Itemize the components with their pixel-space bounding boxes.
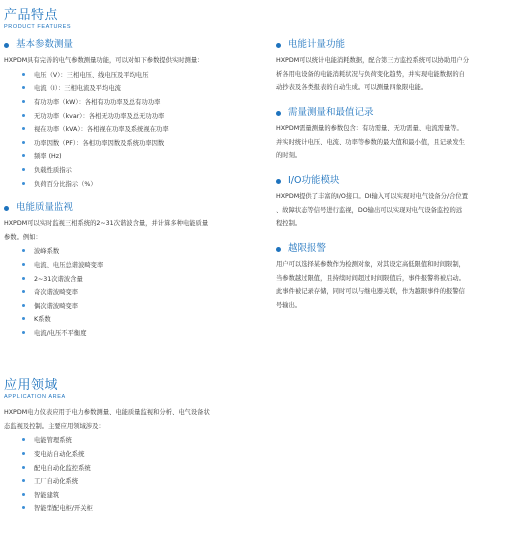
application-area-section: HXPDM电力仪表应用于电力参数测量、电能质量监视和分析、电气设备状 态监视及控… — [0, 406, 258, 515]
bullet-dot-icon — [276, 179, 281, 184]
demand-heading: 需量测量和最值记录 — [272, 106, 508, 120]
io-module-line: HXPDM提供了丰富的I/O接口。DI输入可以实现对电气设备分/合位置 — [272, 190, 508, 204]
demand-line: 的时刻。 — [272, 149, 508, 163]
bullet-icon — [22, 317, 25, 320]
demand-section: 需量测量和最值记录 HXPDM需量测量的参数包含：有功需量、无功需量、电流需量等… — [272, 106, 508, 163]
io-module-title: I/O功能模块 — [288, 174, 339, 188]
alarm-heading: 越限报警 — [272, 242, 508, 256]
energy-metering-title: 电能计量功能 — [288, 38, 345, 52]
bullet-icon — [22, 438, 25, 441]
list-item: 负荷百分比指示（%） — [0, 176, 258, 190]
bullet-icon — [22, 86, 25, 89]
demand-line: HXPDM需量测量的参数包含：有功需量、无功需量、电流需量等。 — [272, 122, 508, 136]
power-quality-list: 波峰系数 电流、电压总谐波畸变率 2~31次谐波含量 奇次谐波畸变率 偶次谐波畸… — [0, 244, 258, 339]
list-item: K系数 — [0, 312, 258, 326]
bullet-icon — [22, 290, 25, 293]
application-area-header: 应用领域 Application Area — [4, 378, 66, 401]
power-quality-section: 电能质量监视 HXPDM可以实时监视三相系统的2~31次谐波含量，并计算多种电能… — [0, 201, 258, 339]
bullet-dot-icon — [276, 43, 281, 48]
alarm-line: 用户可以选择某参数作为检测对象，对其设定高低限值和时间限制， — [272, 258, 508, 272]
list-item: 电流（I）：三相电流及平均电流 — [0, 81, 258, 95]
energy-metering-line: 动抄表及各类报表的自动生成。可以测量四象限电能。 — [272, 81, 508, 95]
bullet-dot-icon — [276, 111, 281, 116]
io-module-heading: I/O功能模块 — [272, 174, 508, 188]
product-features-header: 产品特点 Product Features — [4, 8, 71, 31]
application-area-title: 应用领域 — [4, 378, 66, 393]
bullet-icon — [22, 114, 25, 117]
bullet-icon — [22, 466, 25, 469]
demand-line: 并实时统计电压、电流、功率等参数的最大值和最小值，且记录发生 — [272, 136, 508, 150]
energy-metering-heading: 电能计量功能 — [272, 38, 508, 52]
list-item: 智能型配电柜/开关柜 — [0, 501, 258, 515]
list-item: 电流/电压不平衡度 — [0, 326, 258, 340]
list-item: 偶次谐波畸变率 — [0, 299, 258, 313]
bullet-icon — [22, 304, 25, 307]
application-list: 电能管理系统 变电站自动化系统 配电自动化监控系统 工厂自动化系统 智能建筑 智… — [0, 433, 258, 515]
list-item: 工厂自动化系统 — [0, 474, 258, 488]
list-item: 电压（V）：三相电压、线电压及平均电压 — [0, 68, 258, 82]
basic-measurement-section: 基本参数测量 HXPDM具有完善的电气参数测量功能，可以对如下参数提供实时测量：… — [0, 38, 258, 190]
energy-metering-line: HXPDM可以统计电能消耗数据，配合第三方监控系统可以协助用户分 — [272, 54, 508, 68]
list-item: 波峰系数 — [0, 244, 258, 258]
list-item: 无功功率（kvar）：各相无功功率及总无功功率 — [0, 108, 258, 122]
bullet-icon — [22, 479, 25, 482]
bullet-icon — [22, 141, 25, 144]
list-item: 有功功率（kW）：各相有功功率及总有功功率 — [0, 95, 258, 109]
bullet-icon — [22, 277, 25, 280]
bullet-dot-icon — [4, 43, 9, 48]
basic-measurement-heading: 基本参数测量 — [0, 38, 258, 52]
list-item: 奇次谐波畸变率 — [0, 285, 258, 299]
application-intro-line2: 态监视及控制。主要应用领域涉及： — [0, 420, 258, 434]
alarm-section: 越限报警 用户可以选择某参数作为检测对象，对其设定高低限值和时间限制， 当参数越… — [272, 242, 508, 312]
io-module-line: 程控制。 — [272, 217, 508, 231]
alarm-line: 当参数越过限值，且持续时间超过时间限值后，事件报警将被启动。 — [272, 272, 508, 286]
power-quality-intro-line1: HXPDM可以实时监视三相系统的2~31次谐波含量，并计算多种电能质量 — [0, 217, 258, 231]
list-item: 2~31次谐波含量 — [0, 271, 258, 285]
application-area-subtitle: Application Area — [4, 393, 66, 401]
list-item: 视在功率（kVA）：各相视在功率及系统视在功率 — [0, 122, 258, 136]
io-module-section: I/O功能模块 HXPDM提供了丰富的I/O接口。DI输入可以实现对电气设备分/… — [272, 174, 508, 231]
bullet-icon — [22, 182, 25, 185]
list-item: 功率因数（PF）：各相功率因数及系统功率因数 — [0, 136, 258, 150]
bullet-icon — [22, 493, 25, 496]
bullet-icon — [22, 249, 25, 252]
product-features-title: 产品特点 — [4, 8, 71, 23]
bullet-dot-icon — [4, 206, 9, 211]
bullet-icon — [22, 73, 25, 76]
basic-measurement-intro: HXPDM具有完善的电气参数测量功能，可以对如下参数提供实时测量： — [0, 54, 258, 68]
list-item: 频率 (Hz) — [0, 149, 258, 163]
bullet-icon — [22, 100, 25, 103]
bullet-icon — [22, 452, 25, 455]
bullet-icon — [22, 127, 25, 130]
io-module-line: 、故障状态等信号进行监视，DO输出可以实现对电气设备监控的远 — [272, 204, 508, 218]
power-quality-heading: 电能质量监视 — [0, 201, 258, 215]
application-intro-line1: HXPDM电力仪表应用于电力参数测量、电能质量监视和分析、电气设备状 — [0, 406, 258, 420]
energy-metering-section: 电能计量功能 HXPDM可以统计电能消耗数据，配合第三方监控系统可以协助用户分 … — [272, 38, 508, 95]
alarm-line: 号输出。 — [272, 299, 508, 313]
alarm-line: 此事件被记录存储，同时可以与继电器关联，作为越限事件的报警信 — [272, 285, 508, 299]
bullet-icon — [22, 168, 25, 171]
demand-title: 需量测量和最值记录 — [288, 106, 374, 120]
list-item: 智能建筑 — [0, 488, 258, 502]
power-quality-intro-line2: 参数。例如： — [0, 231, 258, 245]
product-features-subtitle: Product Features — [4, 23, 71, 31]
energy-metering-line: 析各用电设备的电能消耗状况与负荷变化趋势，并实现电能数据的自 — [272, 68, 508, 82]
bullet-dot-icon — [276, 247, 281, 252]
alarm-title: 越限报警 — [288, 242, 326, 256]
bullet-icon — [22, 506, 25, 509]
basic-measurement-title: 基本参数测量 — [16, 38, 73, 52]
bullet-icon — [22, 154, 25, 157]
list-item: 电流、电压总谐波畸变率 — [0, 258, 258, 272]
list-item: 电能管理系统 — [0, 433, 258, 447]
list-item: 配电自动化监控系统 — [0, 460, 258, 474]
list-item: 变电站自动化系统 — [0, 447, 258, 461]
bullet-icon — [22, 263, 25, 266]
list-item: 负载性质指示 — [0, 163, 258, 177]
power-quality-title: 电能质量监视 — [16, 201, 73, 215]
bullet-icon — [22, 331, 25, 334]
basic-measurement-list: 电压（V）：三相电压、线电压及平均电压 电流（I）：三相电流及平均电流 有功功率… — [0, 68, 258, 190]
